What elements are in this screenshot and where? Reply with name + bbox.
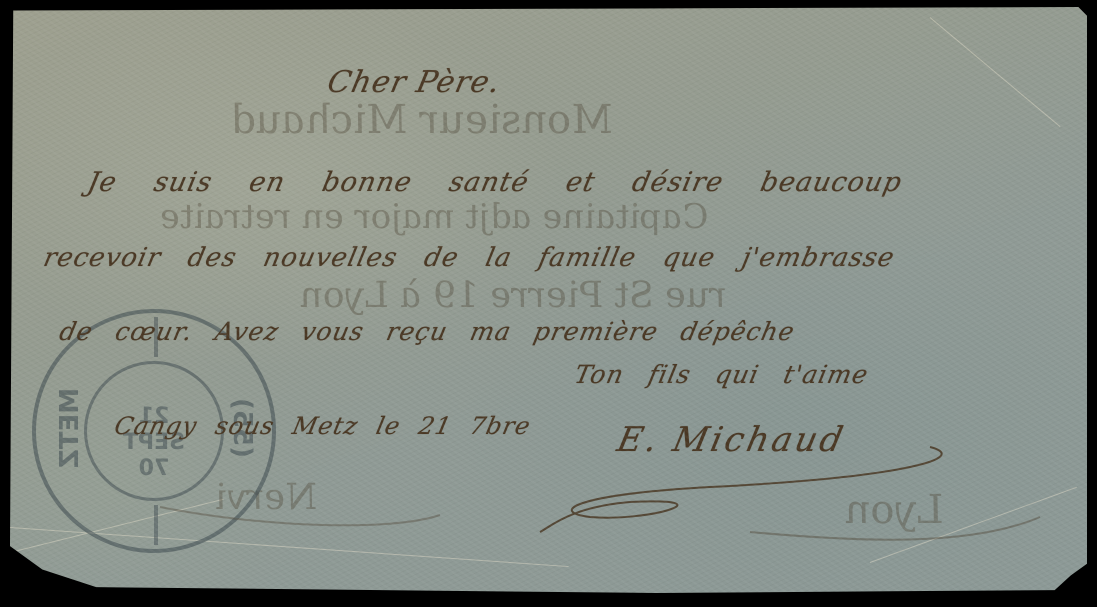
signature-flourish bbox=[10, 7, 1087, 593]
letter-paper: Monsieur Michaud Capitaine adjt major en… bbox=[10, 7, 1087, 593]
